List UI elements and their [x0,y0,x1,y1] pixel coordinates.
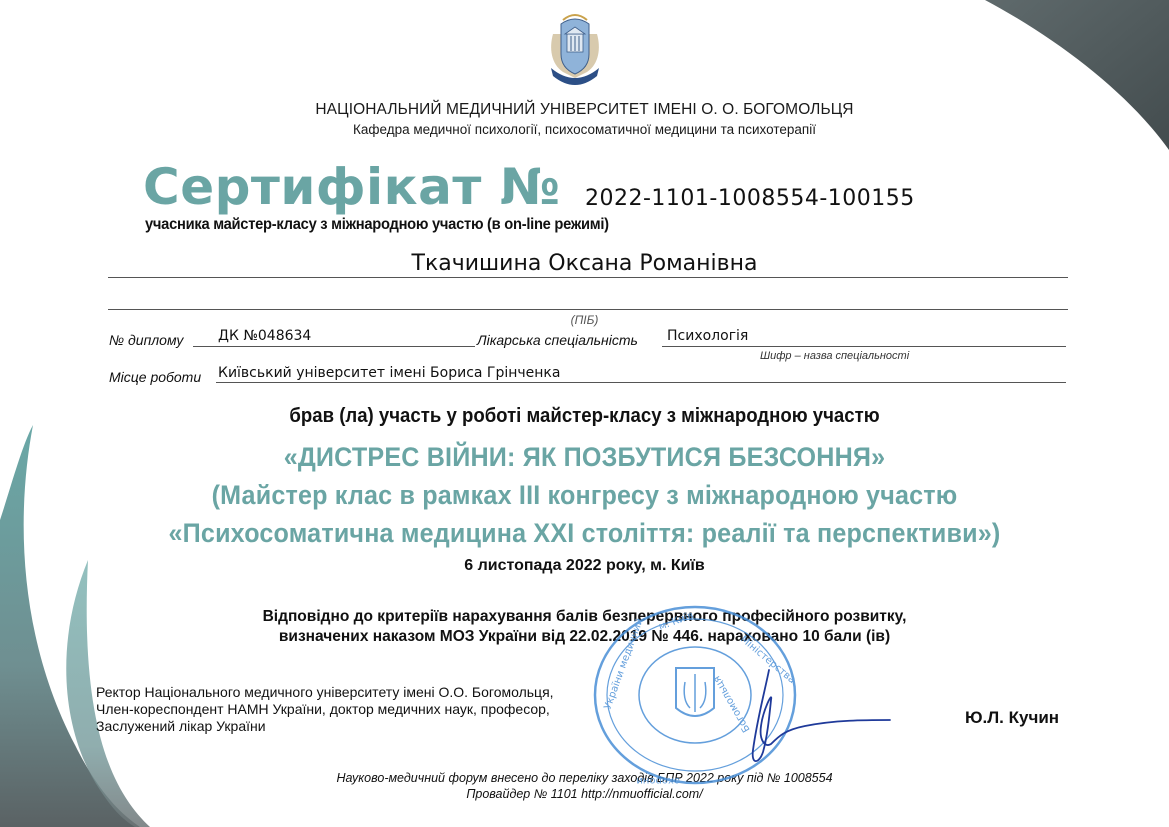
svg-text:охорони: охорони [636,775,680,786]
footer-line-1: Науково-медичний форум внесено до перелі… [0,770,1169,786]
participation-statement: брав (ла) участь у роботі майстер-класу … [41,405,1128,428]
criteria-line-1: Відповідно до критеріїв нарахування балі… [18,607,1152,627]
certificate-number: 2022-1101-1008554-100155 [585,186,915,211]
workplace-label: Місце роботи [109,369,201,385]
event-date-place: 6 листопада 2022 року, м. Київ [0,557,1169,575]
rector-title-line-3: Заслужений лікар України [96,718,554,735]
event-title-line-1: «ДИСТРЕС ВІЙНИ: ЯК ПОЗБУТИСЯ БЕЗСОННЯ» [41,442,1128,473]
signature-icon [745,660,895,770]
department-name: Кафедра медичної психології, психосомати… [0,122,1169,137]
diploma-underline [193,346,475,347]
specialty-label: Лікарська спеціальність [477,332,638,348]
diploma-value: ДК №048634 [218,328,311,344]
pib-label: (ПІБ) [0,313,1169,327]
diploma-label: № диплому [109,332,183,348]
workplace-value: Київський університет імені Бориса Грінч… [218,365,560,381]
event-title-line-2: (Майстер клас в рамках ІІІ конгресу з мі… [41,480,1128,511]
participant-full-name: Ткачишина Оксана Романівна [0,251,1169,276]
event-title-line-3: «Психосоматична медицина XXI століття: р… [41,518,1128,549]
name-second-underline [108,309,1068,310]
specialty-value: Психологія [667,328,748,344]
university-crest-icon [545,8,605,90]
specialty-underline [662,346,1066,347]
university-name: НАЦІОНАЛЬНИЙ МЕДИЧНИЙ УНІВЕРСИТЕТ ІМЕНІ … [0,101,1169,119]
name-underline [108,277,1068,278]
specialty-cipher-label: Шифр – назва спеціальності [760,350,909,362]
rector-title-line-1: Ректор Національного медичного університ… [96,684,554,701]
cpd-criteria-statement: Відповідно до критеріїв нарахування балі… [18,607,1152,647]
svg-text:м. Київ: м. Київ [657,610,695,633]
footer-note: Науково-медичний форум внесено до перелі… [0,770,1169,802]
rector-title-line-2: Член-кореспондент НАМН України, доктор м… [96,701,554,718]
rector-title-block: Ректор Національного медичного університ… [96,684,554,735]
workplace-underline [216,382,1066,383]
certificate-subtitle: учасника майстер-класу з міжнародною уча… [145,216,609,234]
footer-line-2: Провайдер № 1101 http://nmuofficial.com/ [0,786,1169,802]
signatory-name: Ю.Л. Кучин [965,708,1059,728]
certificate-title: Сертифікат № [143,162,560,212]
criteria-line-2: визначених наказом МОЗ України від 22.02… [18,627,1152,647]
